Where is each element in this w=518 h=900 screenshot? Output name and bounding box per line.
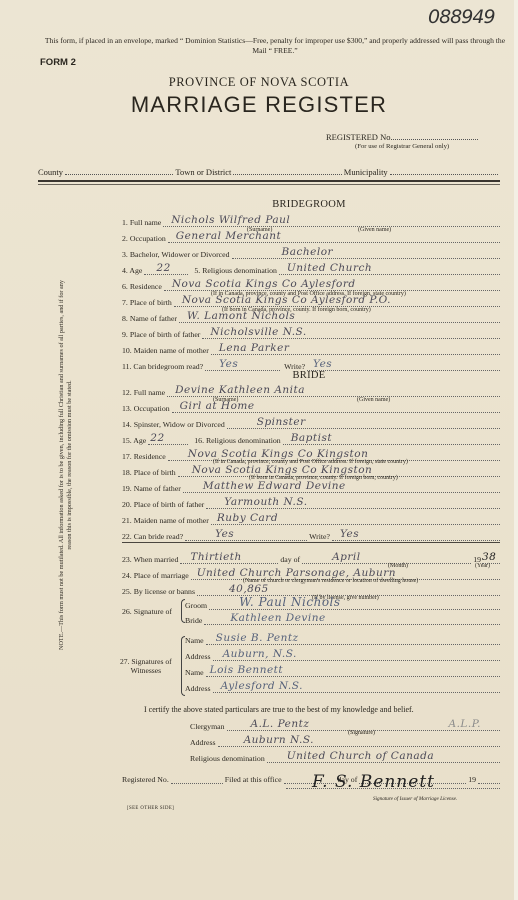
bride-full-name-value: Devine Kathleen Anita <box>175 384 305 396</box>
registered-number-blank[interactable] <box>393 131 478 140</box>
bride-father-birthplace-value: Yarmouth N.S. <box>224 496 307 508</box>
province-heading: PROVINCE OF NOVA SCOTIA <box>0 75 518 90</box>
groom-father-birthplace-value: Nicholsville N.S. <box>210 326 306 338</box>
groom-birthplace-field[interactable]: Nova Scotia Kings Co Aylesford P.O. <box>174 297 500 307</box>
groom-age-religion-row: 4. Age 22 5. Religious denomination Unit… <box>122 262 500 275</box>
field-label: Maiden name of mother <box>134 516 209 525</box>
issuer-signature-value: F. S. Bennett <box>312 772 435 792</box>
clergyman-denomination-label: Religious denomination <box>190 754 265 763</box>
bride-signature-field[interactable]: Kathleen Devine <box>204 615 500 625</box>
groom-birthplace-value: Nova Scotia Kings Co Aylesford P.O. <box>182 294 391 306</box>
field-label: Religious denomination <box>206 436 281 445</box>
witness-2-address-row: Address Aylesford N.S. <box>185 680 500 693</box>
bride-read-value: Yes <box>215 528 234 540</box>
when-married-row: 23. When married Thirtieth day of April … <box>122 551 500 564</box>
field-number: 2. <box>122 234 128 243</box>
field-number: 22. <box>122 532 132 541</box>
field-number: 18. <box>122 468 132 477</box>
bride-section-divider <box>122 542 500 543</box>
clergyman-denomination-field[interactable]: United Church of Canada <box>267 753 500 763</box>
groom-read-value: Yes <box>219 358 238 370</box>
field-label: Can bride read? <box>134 532 183 541</box>
groom-write-value: Yes <box>313 358 332 370</box>
groom-signature-row: Groom W. Paul Nichols <box>185 597 500 610</box>
clergyman-row: Clergyman A.L. PentzA.L.P. <box>190 718 500 731</box>
groom-occupation-row: 2. Occupation General Merchant <box>122 230 500 243</box>
groom-signature-label: Groom <box>185 601 207 610</box>
form-label: FORM 2 <box>40 57 76 68</box>
groom-full-name-value: Nichols Wilfred Paul <box>171 214 290 226</box>
bride-age-religion-row: 15. Age 22 16. Religious denomination Ba… <box>122 432 500 445</box>
municipality-field[interactable] <box>390 166 498 175</box>
field-number: 24. <box>122 571 132 580</box>
field-number: 13. <box>122 404 132 413</box>
witness-1-name-field[interactable]: Susie B. Pentz <box>206 635 500 645</box>
field-number: 26. <box>122 607 132 616</box>
field-number: 6. <box>122 282 128 291</box>
header-divider-thin <box>38 184 500 185</box>
groom-mother-field[interactable]: Lena Parker <box>211 345 500 355</box>
field-number: 21. <box>122 516 132 525</box>
field-number: 16. <box>194 436 204 445</box>
witness-1-address-field[interactable]: Auburn, N.S. <box>213 651 500 661</box>
groom-religion-value: United Church <box>287 262 372 274</box>
bride-occupation-field[interactable]: Girl at Home <box>172 403 500 413</box>
field-number: 8. <box>122 314 128 323</box>
field-label: Name of father <box>134 484 181 493</box>
groom-age-value: 22 <box>156 262 170 274</box>
groom-status-row: 3. Bachelor, Widower or Divorced Bachelo… <box>122 246 500 259</box>
bride-status-field[interactable]: Spinster <box>227 419 500 429</box>
certification-statement: I certify the above stated particulars a… <box>144 705 414 714</box>
marriage-register-page: 088949 This form, if placed in an envelo… <box>0 0 518 900</box>
field-number: 27. <box>120 657 130 666</box>
field-label: Spinster, Widow or Divorced <box>134 420 225 429</box>
field-label: Residence <box>134 452 166 461</box>
paper-edge <box>514 0 518 900</box>
bride-father-field[interactable]: Matthew Edward Devine <box>183 483 500 493</box>
registered-number-field[interactable]: REGISTERED No. <box>326 131 478 142</box>
bride-read-field[interactable]: Yes <box>185 531 307 541</box>
groom-father-value: W. Lamont Nichols <box>187 310 295 322</box>
bride-write-label: Write? <box>309 532 330 541</box>
bride-occupation-row: 13. Occupation Girl at Home <box>122 400 500 413</box>
groom-signature-value: W. Paul Nichols <box>239 595 340 609</box>
field-number: 25. <box>122 587 132 596</box>
field-label: Place of birth of father <box>134 500 205 509</box>
witness-2-name-value: Lois Bennett <box>210 664 284 676</box>
witnesses-label: 27. Signatures of Witnesses <box>120 657 172 675</box>
field-label: Bachelor, Widower or Divorced <box>130 250 230 259</box>
witness-1-name-value: Susie B. Pentz <box>216 632 299 644</box>
bride-religion-field[interactable]: Baptist <box>283 435 500 445</box>
field-label: When married <box>134 555 179 564</box>
location-row: County Town or District Municipality <box>38 166 500 177</box>
field-number: 7. <box>122 298 128 307</box>
bride-father-value: Matthew Edward Devine <box>203 480 346 492</box>
bride-status-row: 14. Spinster, Widow or Divorced Spinster <box>122 416 500 429</box>
license-value: 40,865 <box>229 583 269 595</box>
bride-father-row: 19. Name of father Matthew Edward Devine <box>122 480 500 493</box>
marriage-day-field[interactable]: Thirtieth <box>180 554 278 564</box>
bride-father-birthplace-row: 20. Place of birth of father Yarmouth N.… <box>122 496 500 509</box>
witness-2-name-row: Name Lois Bennett <box>185 664 500 677</box>
witness-2-address-field[interactable]: Aylesford N.S. <box>213 683 500 693</box>
bride-signature-value: Kathleen Devine <box>230 612 325 624</box>
clergyman-address-field[interactable]: Auburn N.S. <box>218 737 500 747</box>
witness-2-address-value: Aylesford N.S. <box>221 680 303 692</box>
day-of-label: day of <box>280 555 300 564</box>
serial-number: 088949 <box>428 6 495 28</box>
field-number: 3. <box>122 250 128 259</box>
clergyman-address-label: Address <box>190 738 216 747</box>
bride-age-value: 22 <box>150 432 164 444</box>
field-label: Full name <box>134 388 165 397</box>
field-label: Place of birth <box>134 468 176 477</box>
see-other-side-note: [SEE OTHER SIDE] <box>127 806 174 811</box>
office-filing-row: Registered No. Filed at this office day … <box>122 771 500 784</box>
field-number: 5. <box>194 266 200 275</box>
marriage-month-value: April <box>332 551 361 563</box>
municipality-label: Municipality <box>344 167 388 177</box>
witness-1-address-row: Address Auburn, N.S. <box>185 648 500 661</box>
field-number: 9. <box>122 330 128 339</box>
field-number: 14. <box>122 420 132 429</box>
bride-religion-value: Baptist <box>291 432 332 444</box>
field-label: Age <box>129 266 142 275</box>
county-field[interactable] <box>65 166 173 175</box>
bride-literacy-row: 22. Can bride read? Yes Write? Yes <box>122 528 500 541</box>
field-label: By license or banns <box>134 587 195 596</box>
postal-note: This form, if placed in an envelope, mar… <box>40 36 510 56</box>
bride-write-field[interactable]: Yes <box>332 531 500 541</box>
witness-address-label: Address <box>185 684 211 693</box>
groom-status-value: Bachelor <box>282 246 334 258</box>
field-label: Signatures of <box>131 657 171 666</box>
field-number: 10. <box>122 346 132 355</box>
bride-father-birthplace-field[interactable]: Yarmouth N.S. <box>206 499 500 509</box>
field-number: 15. <box>122 436 132 445</box>
groom-status-field[interactable]: Bachelor <box>232 249 500 259</box>
clergyman-margin-initials: A.L.P. <box>449 718 482 730</box>
witness-address-label: Address <box>185 652 211 661</box>
field-number: 23. <box>122 555 132 564</box>
field-number: 20. <box>122 500 132 509</box>
field-label: Maiden name of mother <box>134 346 209 355</box>
field-label: Place of marriage <box>134 571 189 580</box>
clergyman-denomination-value: United Church of Canada <box>287 750 434 762</box>
groom-father-row: 8. Name of father W. Lamont Nichols <box>122 310 500 323</box>
field-label: Occupation <box>130 234 166 243</box>
field-number: 17. <box>122 452 132 461</box>
bride-occupation-value: Girl at Home <box>180 400 255 412</box>
field-number: 19. <box>122 484 132 493</box>
page-title: MARRIAGE REGISTER <box>0 92 518 118</box>
field-label-line2: Witnesses <box>120 666 172 675</box>
clergyman-denomination-row: Religious denomination United Church of … <box>190 750 500 763</box>
witness-name-label: Name <box>185 636 204 645</box>
bride-status-value: Spinster <box>257 416 306 428</box>
witness-1-name-row: Name Susie B. Pentz <box>185 632 500 645</box>
bride-heading: BRIDE <box>100 370 518 381</box>
issuer-signature-hint: Signature of Issuer of Marriage License. <box>373 796 457 802</box>
registered-number-label: REGISTERED No. <box>326 132 393 142</box>
field-label: Occupation <box>134 404 170 413</box>
marriage-day-value: Thirtieth <box>190 551 241 563</box>
groom-residence-value: Nova Scotia Kings Co Aylesford <box>172 278 356 290</box>
bride-age-field[interactable]: 22 <box>148 435 188 445</box>
witness-1-address-value: Auburn, N.S. <box>223 648 297 660</box>
groom-religion-field[interactable]: United Church <box>279 265 500 275</box>
bride-full-name-row: 12. Full name Devine Kathleen Anita <box>122 384 500 397</box>
groom-signature-field[interactable]: W. Paul Nichols <box>209 600 500 610</box>
registered-number-hint: (For use of Registrar General only) <box>355 143 449 150</box>
witness-name-label: Name <box>185 668 204 677</box>
groom-occupation-value: General Merchant <box>176 230 281 242</box>
town-label: Town or District <box>175 167 231 177</box>
bride-full-name-field[interactable]: Devine Kathleen Anita <box>167 387 500 397</box>
groom-residence-field[interactable]: Nova Scotia Kings Co Aylesford <box>164 281 500 291</box>
county-label: County <box>38 167 63 177</box>
groom-residence-row: 6. Residence Nova Scotia Kings Co Aylesf… <box>122 278 500 291</box>
field-label: Residence <box>130 282 162 291</box>
footer-registered-field[interactable] <box>171 774 223 784</box>
field-label: Religious denomination <box>202 266 277 275</box>
marriage-year-value: 38 <box>482 551 496 563</box>
field-label: Age <box>133 436 146 445</box>
witness-2-name-field[interactable]: Lois Bennett <box>206 667 500 677</box>
field-number: 12. <box>122 388 132 397</box>
filed-label: Filed at this office <box>225 775 282 784</box>
marriage-month-field[interactable]: April <box>302 554 471 564</box>
bridegroom-heading: BRIDEGROOM <box>100 199 518 210</box>
clergyman-address-row: Address Auburn N.S. <box>190 734 500 747</box>
footer-year-prefix: 19 <box>468 775 476 784</box>
groom-mother-row: 10. Maiden name of mother Lena Parker <box>122 342 500 355</box>
groom-full-name-field[interactable]: Nichols Wilfred Paul <box>163 217 500 227</box>
bride-write-value: Yes <box>340 528 359 540</box>
clergyman-label: Clergyman <box>190 722 225 731</box>
bride-mother-field[interactable]: Ruby Card <box>211 515 500 525</box>
field-label: Place of birth of father <box>130 330 201 339</box>
header-divider <box>38 180 500 182</box>
side-note: NOTE.—This form must not be mutilated. A… <box>58 280 74 650</box>
bride-mother-value: Ruby Card <box>217 512 278 524</box>
groom-age-field[interactable]: 22 <box>144 265 188 275</box>
field-label: Signature of <box>134 607 172 616</box>
field-label: Name of father <box>130 314 177 323</box>
footer-registered-label: Registered No. <box>122 775 169 784</box>
field-number: 1. <box>122 218 128 227</box>
groom-full-name-row: 1. Full name Nichols Wilfred Paul <box>122 214 500 227</box>
clergyman-address-value: Auburn N.S. <box>244 734 314 746</box>
groom-father-field[interactable]: W. Lamont Nichols <box>179 313 500 323</box>
bride-mother-row: 21. Maiden name of mother Ruby Card <box>122 512 500 525</box>
field-label: Full name <box>130 218 161 227</box>
field-label: Place of birth <box>130 298 172 307</box>
field-number: 4. <box>122 266 128 275</box>
groom-father-birthplace-field[interactable]: Nicholsville N.S. <box>202 329 500 339</box>
groom-birthplace-row: 7. Place of birth Nova Scotia Kings Co A… <box>122 294 500 307</box>
groom-mother-value: Lena Parker <box>219 342 290 354</box>
bride-signature-label: Bride <box>185 616 202 625</box>
bride-signature-row: Bride Kathleen Devine <box>185 612 500 625</box>
clergyman-signature-value: A.L. Pentz <box>251 718 310 730</box>
groom-occupation-field[interactable]: General Merchant <box>168 233 500 243</box>
groom-father-birthplace-row: 9. Place of birth of father Nicholsville… <box>122 326 500 339</box>
signature-of-label: 26. Signature of <box>122 607 172 616</box>
filed-year-field[interactable] <box>478 774 500 784</box>
town-field[interactable] <box>233 166 341 175</box>
